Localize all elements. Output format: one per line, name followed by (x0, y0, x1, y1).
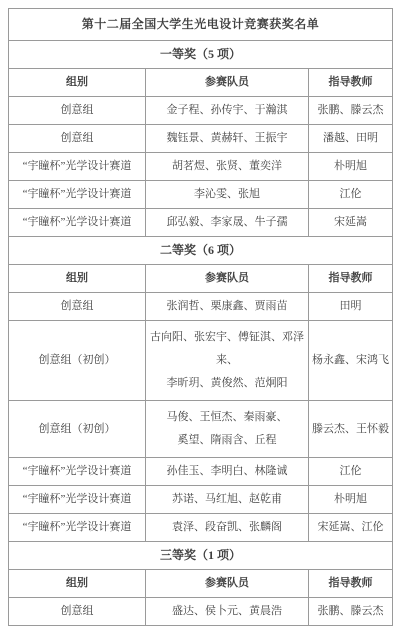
section-heading-label: 三等奖（1 项） (9, 542, 393, 570)
section-heading-third-prize: 三等奖（1 项） (9, 542, 393, 570)
group-cell: “宇瞳杯”光学设计赛道 (9, 153, 146, 181)
members-cell: 张润哲、栗康鑫、贾雨苗 (146, 293, 309, 321)
header-row: 组别 参赛队员 指导教师 (9, 570, 393, 598)
group-cell: 创意组（初创） (9, 321, 146, 401)
members-cell: 马俊、王恒杰、秦雨豪、 奚望、隋雨含、丘程 (146, 401, 309, 458)
col-header-group: 组别 (9, 69, 146, 97)
teachers-cell: 田明 (309, 293, 393, 321)
members-cell: 古向阳、张宏宇、傅钲淇、邓泽来、 李昕玥、黄俊然、范炯阳 (146, 321, 309, 401)
teachers-cell: 宋延嵩 (309, 209, 393, 237)
title-row: 第十二届全国大学生光电设计竞赛获奖名单 (9, 9, 393, 41)
members-cell: 邱弘毅、李家晟、牛子孺 (146, 209, 309, 237)
group-cell: “宇瞳杯”光学设计赛道 (9, 209, 146, 237)
col-header-teachers: 指导教师 (309, 69, 393, 97)
awards-table: 第十二届全国大学生光电设计竞赛获奖名单 一等奖（5 项） 组别 参赛队员 指导教… (8, 8, 393, 626)
col-header-members: 参赛队员 (146, 570, 309, 598)
group-cell: “宇瞳杯”光学设计赛道 (9, 486, 146, 514)
table-row: 创意组（初创） 马俊、王恒杰、秦雨豪、 奚望、隋雨含、丘程 滕云杰、王怀毅 (9, 401, 393, 458)
members-cell: 魏钰景、黄赫轩、王振宇 (146, 125, 309, 153)
members-cell: 金子程、孙传宇、于瀚淇 (146, 97, 309, 125)
members-cell: 袁泽、段奋凯、张麟阁 (146, 514, 309, 542)
group-cell: 创意组 (9, 97, 146, 125)
teachers-cell: 朴明旭 (309, 486, 393, 514)
table-row: “宇瞳杯”光学设计赛道 胡茗煜、张贤、董奕洋 朴明旭 (9, 153, 393, 181)
section-heading-second-prize: 二等奖（6 项） (9, 237, 393, 265)
group-cell: “宇瞳杯”光学设计赛道 (9, 514, 146, 542)
table-row: 创意组（初创） 古向阳、张宏宇、傅钲淇、邓泽来、 李昕玥、黄俊然、范炯阳 杨永鑫… (9, 321, 393, 401)
members-cell: 盛达、侯卜元、黄晨浩 (146, 598, 309, 626)
members-cell: 苏诺、马红旭、赵乾甫 (146, 486, 309, 514)
col-header-members: 参赛队员 (146, 265, 309, 293)
teachers-cell: 张鹏、滕云杰 (309, 97, 393, 125)
table-row: 创意组 金子程、孙传宇、于瀚淇 张鹏、滕云杰 (9, 97, 393, 125)
group-cell: “宇瞳杯”光学设计赛道 (9, 181, 146, 209)
table-row: 创意组 魏钰景、黄赫轩、王振宇 潘越、田明 (9, 125, 393, 153)
table-row: “宇瞳杯”光学设计赛道 苏诺、马红旭、赵乾甫 朴明旭 (9, 486, 393, 514)
teachers-cell: 潘越、田明 (309, 125, 393, 153)
group-cell: 创意组 (9, 598, 146, 626)
group-cell: 创意组（初创） (9, 401, 146, 458)
table-row: 创意组 张润哲、栗康鑫、贾雨苗 田明 (9, 293, 393, 321)
teachers-cell: 江伦 (309, 458, 393, 486)
members-cell: 李沁雯、张旭 (146, 181, 309, 209)
group-cell: 创意组 (9, 293, 146, 321)
teachers-cell: 滕云杰、王怀毅 (309, 401, 393, 458)
teachers-cell: 宋延嵩、江伦 (309, 514, 393, 542)
header-row: 组别 参赛队员 指导教师 (9, 265, 393, 293)
col-header-group: 组别 (9, 265, 146, 293)
header-row: 组别 参赛队员 指导教师 (9, 69, 393, 97)
group-cell: “宇瞳杯”光学设计赛道 (9, 458, 146, 486)
page-title: 第十二届全国大学生光电设计竞赛获奖名单 (9, 9, 393, 41)
teachers-cell: 朴明旭 (309, 153, 393, 181)
section-heading-label: 一等奖（5 项） (9, 41, 393, 69)
teachers-cell: 江伦 (309, 181, 393, 209)
table-row: “宇瞳杯”光学设计赛道 邱弘毅、李家晟、牛子孺 宋延嵩 (9, 209, 393, 237)
members-cell: 孙佳玉、李明白、林隆诚 (146, 458, 309, 486)
col-header-teachers: 指导教师 (309, 265, 393, 293)
teachers-cell: 杨永鑫、宋鸿飞 (309, 321, 393, 401)
table-row: “宇瞳杯”光学设计赛道 袁泽、段奋凯、张麟阁 宋延嵩、江伦 (9, 514, 393, 542)
table-row: “宇瞳杯”光学设计赛道 孙佳玉、李明白、林隆诚 江伦 (9, 458, 393, 486)
table-row: “宇瞳杯”光学设计赛道 李沁雯、张旭 江伦 (9, 181, 393, 209)
col-header-group: 组别 (9, 570, 146, 598)
document-page: 第十二届全国大学生光电设计竞赛获奖名单 一等奖（5 项） 组别 参赛队员 指导教… (0, 0, 400, 617)
col-header-members: 参赛队员 (146, 69, 309, 97)
col-header-teachers: 指导教师 (309, 570, 393, 598)
section-heading-first-prize: 一等奖（5 项） (9, 41, 393, 69)
group-cell: 创意组 (9, 125, 146, 153)
teachers-cell: 张鹏、滕云杰 (309, 598, 393, 626)
table-row: 创意组 盛达、侯卜元、黄晨浩 张鹏、滕云杰 (9, 598, 393, 626)
section-heading-label: 二等奖（6 项） (9, 237, 393, 265)
members-cell: 胡茗煜、张贤、董奕洋 (146, 153, 309, 181)
